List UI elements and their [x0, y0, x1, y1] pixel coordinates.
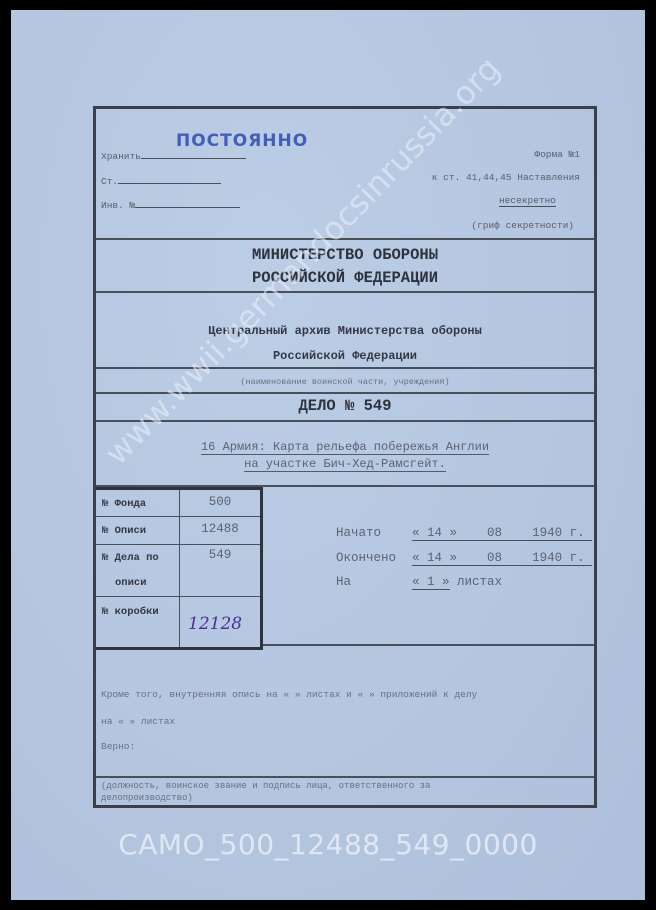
inventory-note: Кроме того, внутренняя опись на « » лист…: [101, 689, 477, 700]
sheets-unit: листах: [457, 575, 502, 589]
sheets-value: « 1 » листах: [412, 575, 502, 589]
signature-caption-2: делопроизводство): [101, 793, 193, 803]
registry-row-delo: № Дела по описи 549: [96, 544, 260, 597]
ended-year: 1940 г.: [532, 551, 585, 565]
case-description-line-1: 16 Армия: Карта рельефа побережья Англии: [96, 439, 594, 456]
registry-row-opis: № Описи 12488: [96, 516, 260, 545]
started-value: « 14 » 08 1940 г.: [412, 526, 592, 541]
registry-row-fond: № Фонда 500: [96, 490, 260, 517]
permanent-storage-stamp: ПОСТОЯННО: [176, 131, 308, 151]
ended-label: Окончено: [336, 551, 396, 565]
inventory-note-sheets: на « » листах: [101, 716, 175, 727]
started-label: Начато: [336, 526, 381, 540]
divider: [263, 644, 594, 646]
box-value-handwritten: 12128: [188, 614, 242, 634]
sheets-count: « 1 »: [412, 575, 450, 590]
delo-label: № Дела по: [102, 552, 159, 564]
regulation-reference: к ст. 41,44,45 Наставления: [432, 172, 580, 183]
registry-row-box: № коробки 12128: [96, 596, 260, 648]
opis-label: № Описи: [102, 525, 146, 537]
classification-value: несекретно: [499, 195, 556, 207]
archive-line-2: Российской Федерации: [96, 349, 594, 363]
opis-value: 12488: [180, 522, 260, 536]
divider: [96, 776, 594, 778]
file-caption: CAMO_500_12488_549_0000: [0, 828, 656, 861]
started-day: « 14 »: [412, 526, 457, 540]
archive-line-1: Центральный архив Министерства обороны: [96, 324, 594, 338]
keep-label: Хранить: [101, 149, 246, 162]
sheets-label: На: [336, 575, 351, 589]
delo-value: 549: [180, 548, 260, 562]
delo-label-2: описи: [115, 577, 147, 589]
document-page: ПОСТОЯННО Хранить Ст. Инв. № Форма №1 к …: [11, 10, 645, 900]
registry-table: № Фонда 500 № Описи 12488 № Дела по опис…: [96, 487, 263, 650]
ended-month: 08: [487, 551, 502, 565]
signature-caption: (должность, воинское звание и подпись ли…: [101, 781, 430, 791]
inv-label: Инв. №: [101, 198, 240, 211]
ministry-line-2: РОССИЙСКОЙ ФЕДЕРАЦИИ: [96, 269, 594, 287]
st-label: Ст.: [101, 174, 221, 187]
divider: [96, 291, 594, 293]
started-month: 08: [487, 526, 502, 540]
ended-value: « 14 » 08 1940 г.: [412, 551, 592, 566]
verified-label: Верно:: [101, 741, 135, 752]
fond-label: № Фонда: [102, 498, 146, 510]
classification-caption: (гриф секретности): [471, 220, 574, 231]
fond-value: 500: [180, 495, 260, 509]
form-number: Форма №1: [534, 149, 580, 160]
ended-day: « 14 »: [412, 551, 457, 565]
case-description-line-2: на участке Бич-Хед-Рамсгейт.: [96, 456, 594, 473]
box-label: № коробки: [102, 606, 159, 618]
ministry-line-1: МИНИСТЕРСТВО ОБОРОНЫ: [96, 246, 594, 264]
started-year: 1940 г.: [532, 526, 585, 540]
